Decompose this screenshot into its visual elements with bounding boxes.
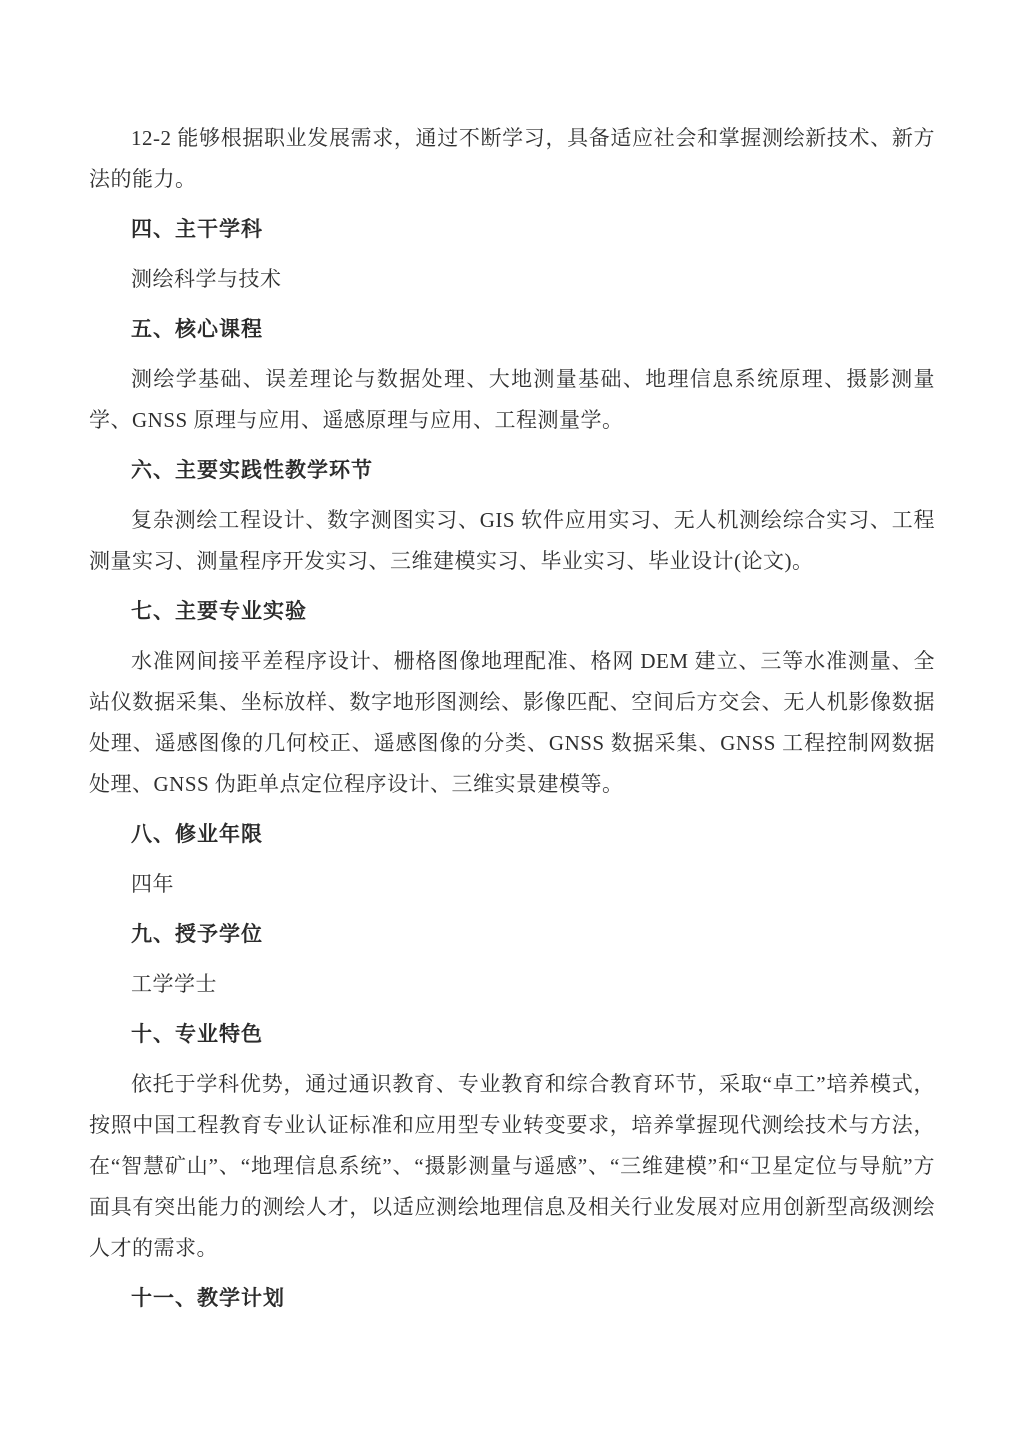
heading-study-duration: 八、修业年限 [89,814,935,855]
heading-major-experiments: 七、主要专业实验 [89,591,935,632]
heading-main-discipline: 四、主干学科 [89,209,935,250]
paragraph-study-duration: 四年 [89,864,935,905]
heading-practical-teaching: 六、主要实践性教学环节 [89,450,935,491]
paragraph-main-discipline: 测绘科学与技术 [89,259,935,300]
paragraph-graduation-requirement-12-2: 12-2 能够根据职业发展需求，通过不断学习，具备适应社会和掌握测绘新技术、新方… [89,118,935,200]
heading-teaching-plan: 十一、教学计划 [89,1278,935,1319]
paragraph-program-features: 依托于学科优势，通过通识教育、专业教育和综合教育环节，采取“卓工”培养模式，按照… [89,1064,935,1269]
paragraph-major-experiments: 水准网间接平差程序设计、栅格图像地理配准、格网 DEM 建立、三等水准测量、全站… [89,641,935,805]
paragraph-core-courses: 测绘学基础、误差理论与数据处理、大地测量基础、地理信息系统原理、摄影测量学、GN… [89,359,935,441]
document-page: 12-2 能够根据职业发展需求，通过不断学习，具备适应社会和掌握测绘新技术、新方… [0,0,1024,1448]
heading-program-features: 十、专业特色 [89,1014,935,1055]
heading-core-courses: 五、核心课程 [89,309,935,350]
paragraph-degree-awarded: 工学学士 [89,964,935,1005]
paragraph-practical-teaching: 复杂测绘工程设计、数字测图实习、GIS 软件应用实习、无人机测绘综合实习、工程测… [89,500,935,582]
heading-degree-awarded: 九、授予学位 [89,914,935,955]
